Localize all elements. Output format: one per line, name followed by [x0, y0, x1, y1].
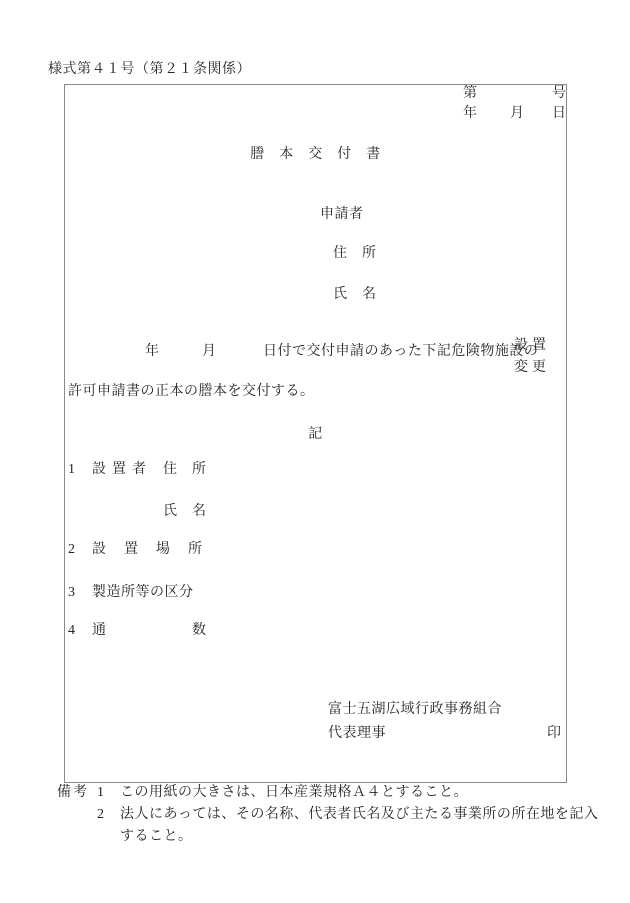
doc-number-prefix: 第 [463, 84, 478, 104]
item1-label: 設置者 [92, 460, 152, 480]
document-page: 様式第４１号（第２１条関係） 第 号 年 月 日 謄 本 交 付 書 申請者 住… [0, 0, 630, 903]
item4-number: 4 [68, 621, 76, 641]
body-text-line2: 許可申請書の正本の謄本を交付する。 [68, 382, 315, 402]
notes-label: 備考 [57, 783, 89, 803]
choice-modification-label: 変更 [514, 358, 550, 378]
date-year-label: 年 [463, 104, 478, 124]
date-day-label: 日 [552, 104, 567, 124]
item1-address-label: 住 所 [163, 460, 207, 480]
date-month-label: 月 [510, 104, 525, 124]
document-title: 謄 本 交 付 書 [64, 145, 567, 165]
item1-name-label: 氏 名 [163, 502, 207, 522]
item3-number: 3 [68, 583, 76, 603]
applicant-label: 申請者 [320, 205, 364, 225]
applicant-address-label: 住 所 [333, 244, 377, 264]
item1-number: 1 [68, 460, 76, 480]
applicant-name-label: 氏 名 [333, 285, 377, 305]
note2-continuation: すること。 [120, 827, 193, 847]
list-heading: 記 [64, 425, 567, 445]
body-year-label: 年 [145, 342, 160, 362]
representative-title: 代表理事 [328, 724, 386, 744]
note1-number: 1 [97, 783, 105, 803]
item2-label: 設 置 場 所 [92, 540, 204, 560]
note1-text: この用紙の大きさは、日本産業規格Ａ４とすること。 [120, 783, 468, 803]
item4-label-count: 通 [92, 621, 107, 641]
note2-number: 2 [97, 805, 105, 825]
item3-label: 製造所等の区分 [92, 583, 194, 603]
item4-label-number: 数 [192, 621, 207, 641]
item2-number: 2 [68, 540, 76, 560]
organization-name: 富士五湖広域行政事務組合 [328, 700, 502, 720]
body-text-line1: 日付で交付申請のあった下記危険物施設の [263, 342, 538, 362]
body-month-label: 月 [202, 342, 217, 362]
doc-number-suffix: 号 [552, 84, 567, 104]
seal-label: 印 [547, 724, 562, 744]
note2-text: 法人にあっては、その名称、代表者氏名及び主たる事業所の所在地を記入 [120, 805, 598, 825]
choice-installation-label: 設置 [514, 336, 550, 356]
form-number-label: 様式第４１号（第２１条関係） [48, 60, 251, 80]
